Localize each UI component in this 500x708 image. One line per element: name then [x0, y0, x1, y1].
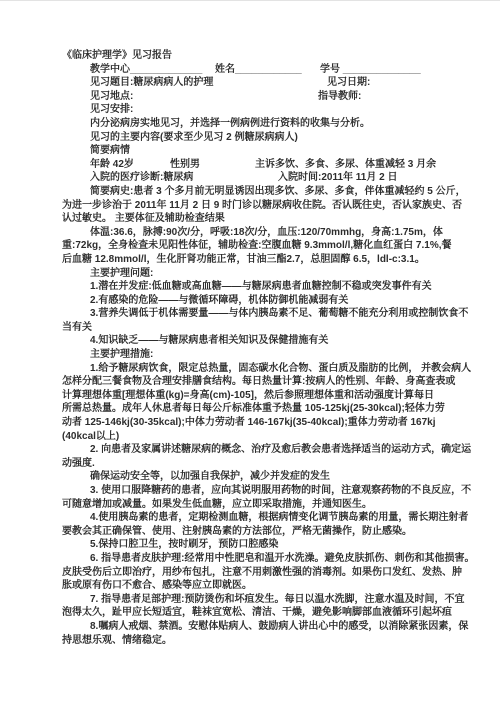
document-content: 《临床护理学》见习报告 教学中心_____________姓名_________…: [62, 49, 476, 647]
doc-line-text: 所需总热量。成年人休息者每日每公斤标准体重予热量 105-125kj(25-30…: [62, 403, 445, 414]
doc-line: 7. 指导患者足部护理:预防烫伤和坏疽发生。每日以温水洗脚，注意水温及时间，不宜: [62, 593, 476, 607]
doc-line: 胀或原有伤口不愈合、感染等应立即就医。: [62, 579, 476, 593]
doc-line-text: 为进一步诊治于 2011年 11月 2 日 9 时门诊以糖尿病收住院。否认既往史…: [62, 200, 462, 211]
doc-line: 见习的主要内容(要求至少见习 2 例糖尿病病人): [62, 131, 476, 145]
doc-line: 计算理想体重[理想体重(kg)=身高(cm)-105]，然后参照理想体重和活动强…: [62, 389, 476, 403]
document-title: 《临床护理学》见习报告: [62, 49, 476, 63]
doc-line-text: 1.给予糖尿病饮食，限定总热量，固态碳水化合物、蛋白质及脂肪的比例， 并教会病人: [90, 363, 471, 374]
doc-body: 教学中心_____________姓名____________学号 ______…: [62, 63, 476, 648]
doc-line-text: 教学中心_____________: [90, 64, 202, 75]
doc-line: 3. 使用口服降糖药的患者，应向其说明服用药物的时间，注意观察药物的不良反应，不: [62, 484, 476, 498]
doc-line-col: 姓名____________: [215, 63, 302, 77]
doc-line-text: 当有关: [62, 322, 92, 333]
doc-line-text: 主要护理措施:: [90, 349, 153, 360]
doc-line-col: 性别男: [170, 158, 200, 172]
doc-line-text: 见习安排:: [90, 104, 133, 115]
doc-line-text: 5.保持口腔卫生，按时刷牙，预防口腔感染: [90, 539, 278, 550]
admission-line: 入院的医疗诊断:糖尿病入院时间:2011年 11月 2 日: [62, 171, 476, 185]
doc-line-text: 简要病史:患者 3 个多月前无明显诱因出现多饮、多尿、多食，伴体重减轻约 5 公…: [90, 186, 466, 197]
doc-line-text: 后血糖 12.8mmol/l，生化肝肾功能正常，甘油三酯2.7，总胆固醇 6.5…: [62, 254, 425, 265]
doc-line-col: 学号 ______________: [320, 63, 421, 77]
form-topic-line: 见习题目:糖尿病病人的护理见习日期:: [62, 76, 476, 90]
doc-line-text: 胀或原有伤口不愈合、感染等应立即就医。: [62, 580, 252, 591]
doc-line: 怎样分配三餐食物及合理安排膳食结构。每日热量计算:按病人的性别、年龄、身高查表或: [62, 375, 476, 389]
doc-line-text: 认过敏史。 主要体征及辅助检查结果: [62, 213, 225, 224]
doc-line-text: 见习题目:糖尿病病人的护理: [90, 77, 213, 88]
doc-line: 1.潜在并发症:低血糖或高血糖——与糖尿病患者血糖控制不稳或突发事件有关: [62, 280, 476, 294]
doc-line-text: 持思想乐观、情绪稳定。: [62, 635, 172, 646]
doc-line-text: 皮肤受伤后立即治疗，用纱布包扎，注意不用刺激性强的消毒剂。如果伤口发红、发热、肿: [62, 567, 462, 578]
doc-line-text: 4.知识缺乏——与糖尿病患者相关知识及保健措施有关: [90, 335, 328, 346]
doc-line-text: (40kcal以上): [62, 431, 119, 442]
doc-line-text: 内分泌病房实地见习，并选择一例病例进行资料的收集与分析。: [90, 118, 370, 129]
doc-line-text: 主要护理问题:: [90, 268, 153, 279]
doc-line: 6. 指导患者皮肤护理:经常用中性肥皂和温开水洗澡。避免皮肤抓伤、刺伤和其他损害…: [62, 552, 476, 566]
doc-line: 所需总热量。成年人休息者每日每公斤标准体重予热量 105-125kj(25-30…: [62, 402, 476, 416]
doc-line: 5.保持口腔卫生，按时刷牙，预防口腔感染: [62, 538, 476, 552]
form-location-line: 见习地点:指导教师:: [62, 90, 476, 104]
doc-line-text: 3.营养失调低于机体需要量——与体内胰岛素不足、葡萄糖不能充分利用或控制饮食不: [90, 308, 468, 319]
doc-line-text: 计算理想体重[理想体重(kg)=身高(cm)-105]，然后参照理想体重和活动强…: [62, 390, 434, 401]
doc-line: 1.给予糖尿病饮食，限定总热量，固态碳水化合物、蛋白质及脂肪的比例， 并教会病人: [62, 362, 476, 376]
doc-line-text: 怎样分配三餐食物及合理安排膳食结构。每日热量计算:按病人的性别、年龄、身高查表或: [62, 376, 455, 387]
doc-line: 可随意增加或减量。如果发生低血糖，应立即采取措施，并通知医生。: [62, 498, 476, 512]
form-blanks-line: 教学中心_____________姓名____________学号 ______…: [62, 63, 476, 77]
doc-line: 后血糖 12.8mmol/l，生化肝肾功能正常，甘油三酯2.7，总胆固醇 6.5…: [62, 253, 476, 267]
doc-line: 动者 125-146kj(30-35kcal);中体力劳动者 146-167kj…: [62, 416, 476, 430]
doc-line-text: 8.嘱病人戒烟、禁酒。安慰体贴病人、鼓励病人讲出心中的感受，以消除紧张因素，保: [90, 621, 468, 632]
section-nursing-problems: 主要护理问题:: [62, 267, 476, 281]
doc-line-text: 确保运动安全等，以加强自我保护，减少并发症的发生: [90, 471, 330, 482]
doc-line: 持思想乐观、情绪稳定。: [62, 634, 476, 648]
doc-line-text: 重:72kg，全身检查未见阳性体征，辅助检查:空腹血糖 9.3mmol/l,糖化…: [62, 240, 452, 251]
doc-line: 为进一步诊治于 2011年 11月 2 日 9 时门诊以糖尿病收住院。否认既往史…: [62, 199, 476, 213]
doc-line: 2. 向患者及家属讲述糖尿病的概念、治疗及愈后教会患者选择适当的运动方式，确定运: [62, 443, 476, 457]
doc-line: 内分泌病房实地见习，并选择一例病例进行资料的收集与分析。: [62, 117, 476, 131]
doc-line: 重:72kg，全身检查未见阳性体征，辅助检查:空腹血糖 9.3mmol/l,糖化…: [62, 239, 476, 253]
scanned-document-page: 《临床护理学》见习报告 教学中心_____________姓名_________…: [0, 0, 500, 708]
doc-line: 皮肤受伤后立即治疗，用纱布包扎，注意不用刺激性强的消毒剂。如果伤口发红、发热、肿: [62, 566, 476, 580]
doc-line-text: 见习地点:: [90, 91, 133, 102]
doc-line-text: 体温:36.6，脉搏:90次/分，呼吸:18次/分，血压:120/70mmhg，…: [90, 227, 443, 238]
doc-line-text: 年龄 42岁: [90, 159, 134, 170]
doc-line-text: 2. 向患者及家属讲述糖尿病的概念、治疗及愈后教会患者选择适当的运动方式，确定运: [90, 444, 471, 455]
doc-line: 4.使用胰岛素的患者，定期检测血糖，根据病情变化调节胰岛素的用量，需长期注射者: [62, 511, 476, 525]
section-brief-condition: 简要病情: [62, 144, 476, 158]
doc-line-text: 7. 指导患者足部护理:预防烫伤和坏疽发生。每日以温水洗脚，注意水温及时间，不宜: [90, 594, 464, 605]
doc-line: 2.有感染的危险——与微循环障碍，机体防御机能减弱有关: [62, 294, 476, 308]
doc-line-text: 2.有感染的危险——与微循环障碍，机体防御机能减弱有关: [90, 295, 348, 306]
doc-line: 要教会其正确保管、使用、注射胰岛素的方法部位，严格无菌操作，防止感染。: [62, 525, 476, 539]
doc-line-text: 简要病情: [90, 145, 130, 156]
doc-line: 当有关: [62, 321, 476, 335]
doc-line-col: 入院时间:2011年 11月 2 日: [278, 171, 398, 185]
section-nursing-measures: 主要护理措施:: [62, 348, 476, 362]
doc-line-text: 泡得太久，趾甲应长短适宜，鞋袜宜宽松、清洁、干燥，避免影响脚部血液循环引起坏疽: [62, 607, 452, 618]
doc-line: 体温:36.6，脉搏:90次/分，呼吸:18次/分，血压:120/70mmhg，…: [62, 226, 476, 240]
doc-line-text: 见习的主要内容(要求至少见习 2 例糖尿病病人): [90, 132, 298, 143]
doc-line: 8.嘱病人戒烟、禁酒。安慰体贴病人、鼓励病人讲出心中的感受，以消除紧张因素，保: [62, 620, 476, 634]
doc-line: 泡得太久，趾甲应长短适宜，鞋袜宜宽松、清洁、干燥，避免影响脚部血液循环引起坏疽: [62, 606, 476, 620]
doc-line-col: 主诉多饮、多食、多尿、体重减轻 3 月余: [255, 158, 436, 172]
patient-info-line: 年龄 42岁性别男主诉多饮、多食、多尿、体重减轻 3 月余: [62, 158, 476, 172]
doc-line-col: 指导教师:: [318, 90, 361, 104]
doc-line-text: 动者 125-146kj(30-35kcal);中体力劳动者 146-167kj…: [62, 417, 436, 428]
doc-line: 简要病史:患者 3 个多月前无明显诱因出现多饮、多尿、多食，伴体重减轻约 5 公…: [62, 185, 476, 199]
doc-line-text: 可随意增加或减量。如果发生低血糖，应立即采取措施，并通知医生。: [62, 499, 372, 510]
doc-line-text: 动强度.: [62, 458, 95, 469]
doc-line: 3.营养失调低于机体需要量——与体内胰岛素不足、葡萄糖不能充分利用或控制饮食不: [62, 307, 476, 321]
doc-line: (40kcal以上): [62, 430, 476, 444]
doc-line-text: 3. 使用口服降糖药的患者，应向其说明服用药物的时间，注意观察药物的不良反应，不: [90, 485, 471, 496]
doc-line-text: 要教会其正确保管、使用、注射胰岛素的方法部位，严格无菌操作，防止感染。: [62, 526, 412, 537]
doc-line-col: 见习日期:: [327, 76, 370, 90]
doc-line: 动强度.: [62, 457, 476, 471]
doc-line: 确保运动安全等，以加强自我保护，减少并发症的发生: [62, 470, 476, 484]
form-arrangement-line: 见习安排:: [62, 103, 476, 117]
doc-line-text: 6. 指导患者皮肤护理:经常用中性肥皂和温开水洗澡。避免皮肤抓伤、刺伤和其他损害…: [90, 553, 474, 564]
doc-line-text: 4.使用胰岛素的患者，定期检测血糖，根据病情变化调节胰岛素的用量，需长期注射者: [90, 512, 468, 523]
doc-line: 认过敏史。 主要体征及辅助检查结果: [62, 212, 476, 226]
doc-line-text: 入院的医疗诊断:糖尿病: [90, 172, 193, 183]
doc-line-text: 1.潜在并发症:低血糖或高血糖——与糖尿病患者血糖控制不稳或突发事件有关: [90, 281, 432, 292]
doc-line: 4.知识缺乏——与糖尿病患者相关知识及保健措施有关: [62, 334, 476, 348]
